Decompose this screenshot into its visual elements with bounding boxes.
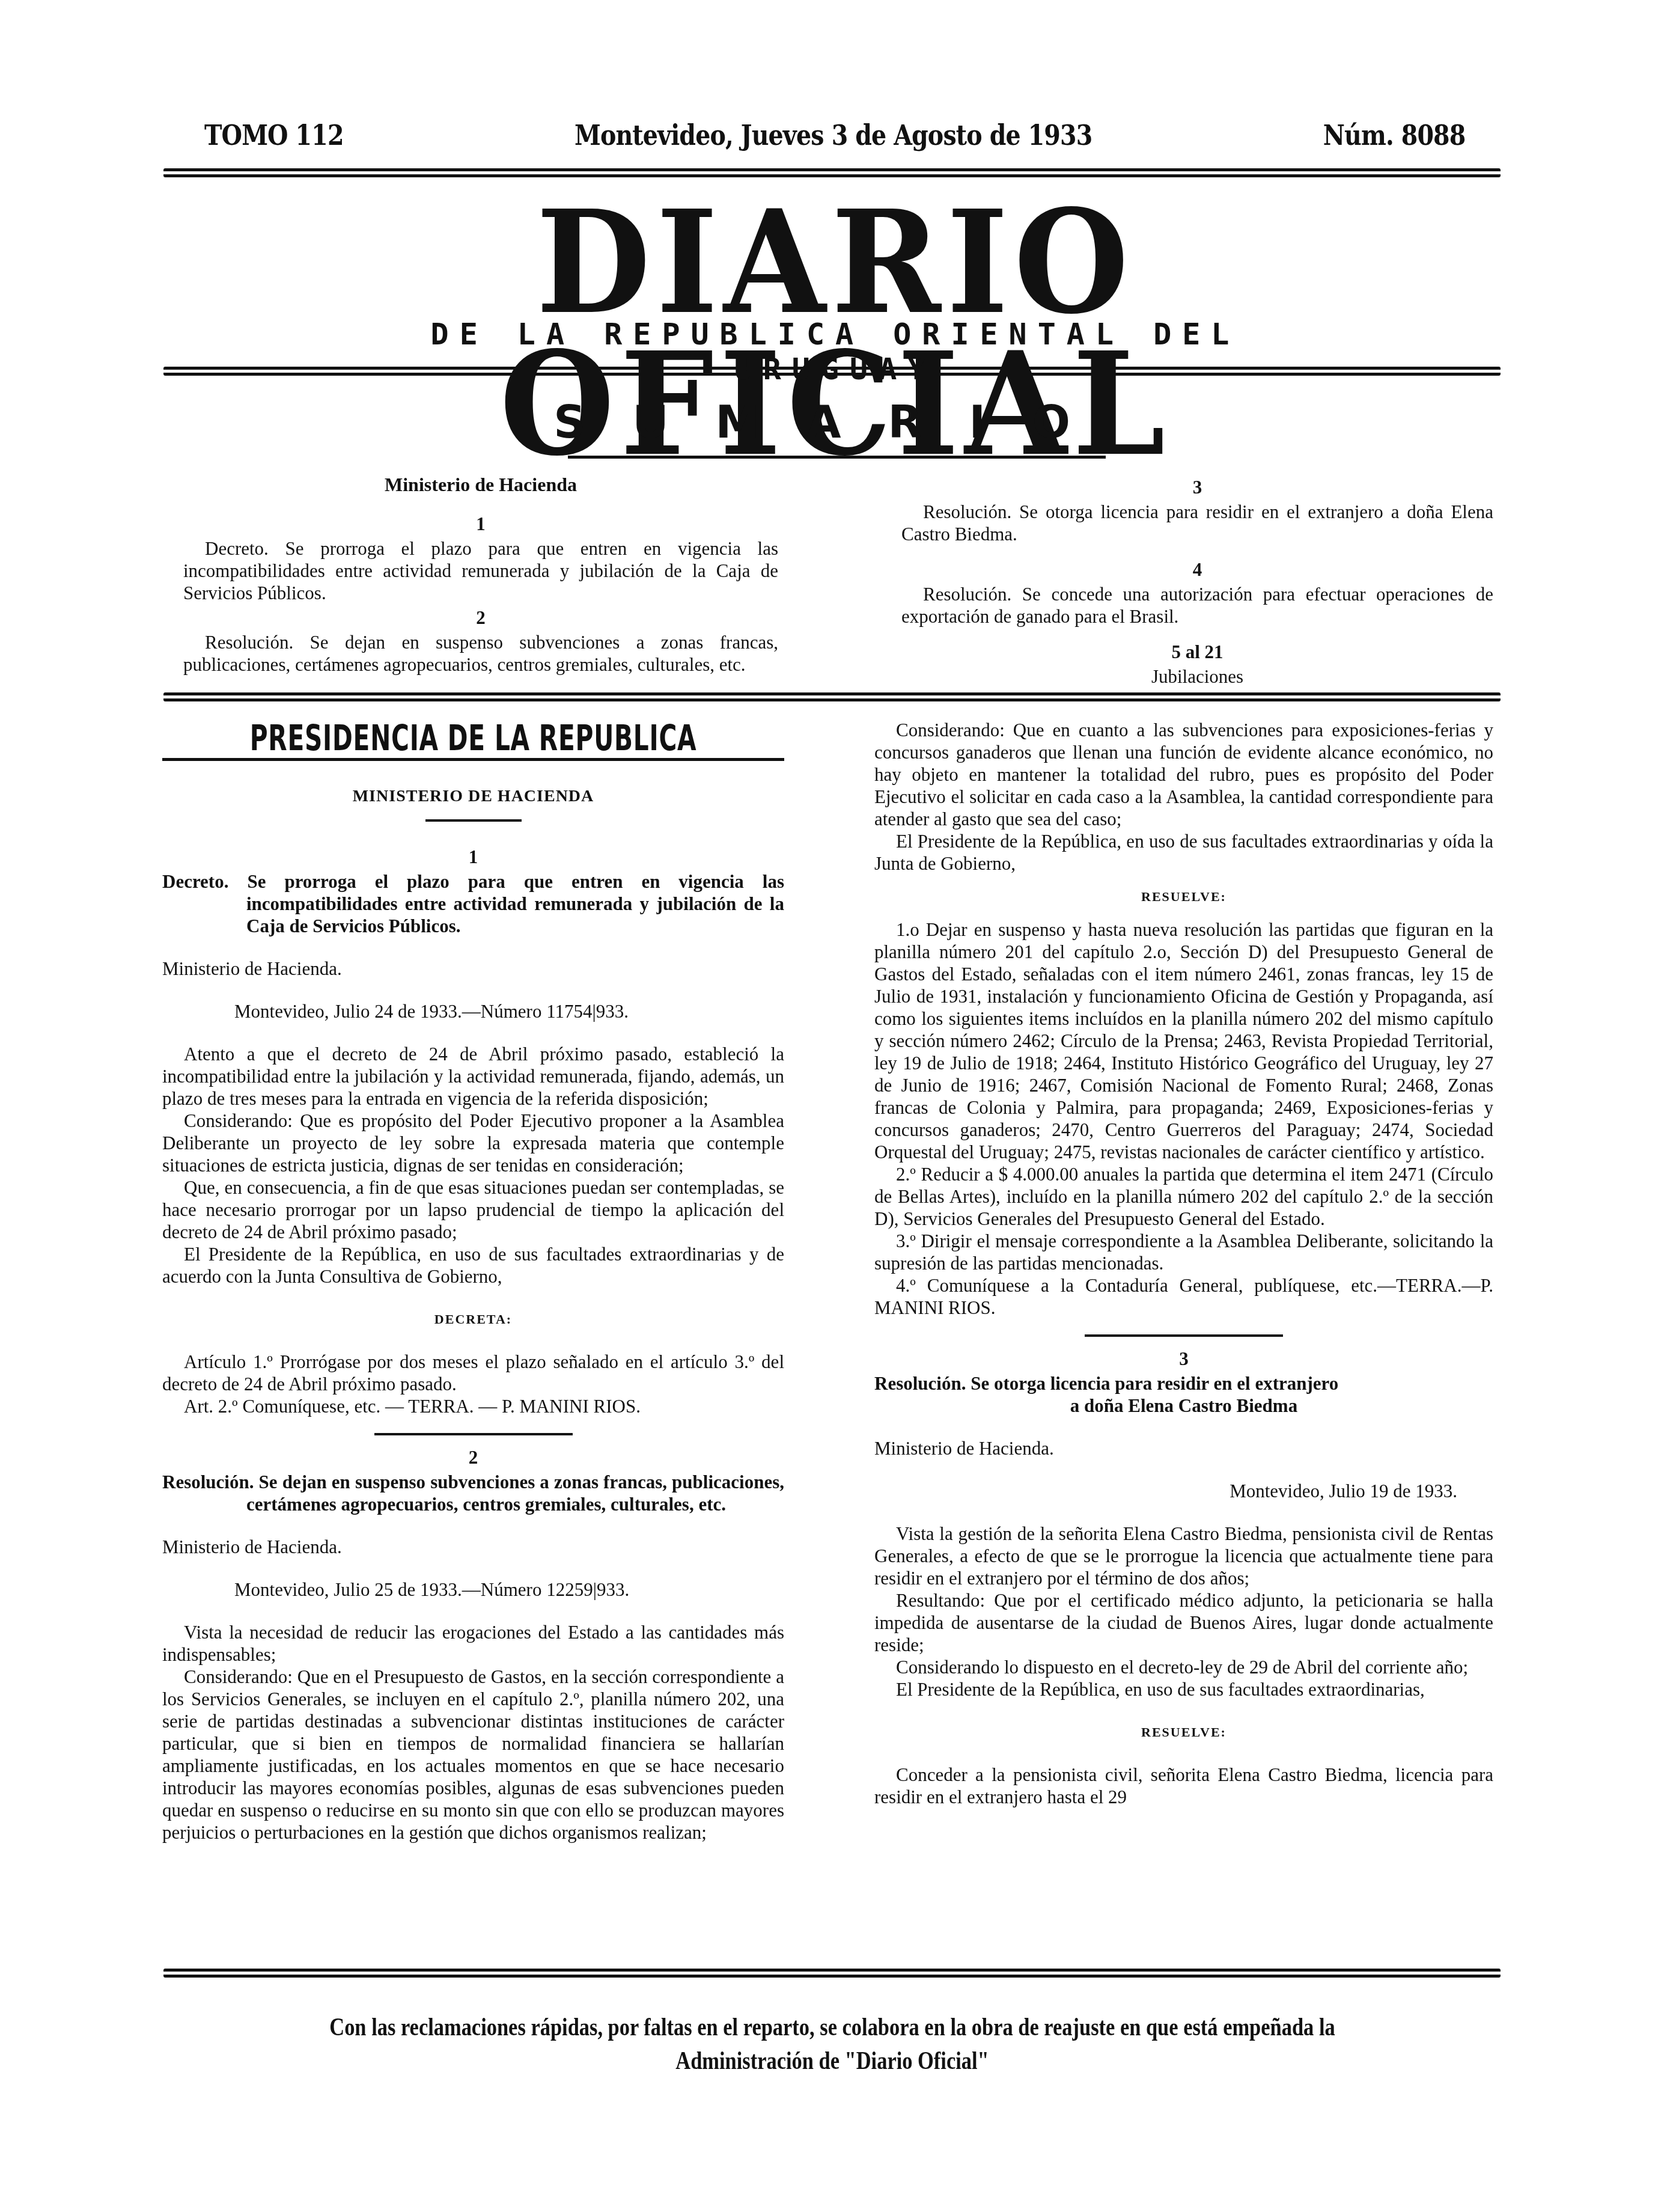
paragraph: Considerando: Que en el Presupuesto de G… (162, 1666, 784, 1844)
document-divider (374, 1433, 573, 1435)
document-divider (1085, 1334, 1283, 1337)
resolution-item: 1.o Dejar en suspenso y hasta nueva reso… (874, 918, 1493, 1163)
article: Art. 2.º Comuníquese, etc. — TERRA. — P.… (162, 1395, 784, 1417)
document-number: 2 (162, 1446, 784, 1468)
sumario-item-number: 1 (183, 513, 778, 535)
ministry-heading: MINISTERIO DE HACIENDA (162, 785, 784, 807)
page-bottom-rule (163, 1969, 1501, 1978)
paragraph: El Presidente de la República, en uso de… (874, 830, 1493, 875)
document-ministry: Ministerio de Hacienda. (874, 1437, 1493, 1459)
paragraph: Resultando: Que por el certificado médic… (874, 1589, 1493, 1656)
paragraph: Vista la gestión de la señorita Elena Ca… (874, 1523, 1493, 1589)
sumario-ministry: Ministerio de Hacienda (183, 474, 778, 496)
resolution-item: 4.º Comuníquese a la Contaduría General,… (874, 1274, 1493, 1319)
issue-dateline: Montevideo, Jueves 3 de Agosto de 1933 (574, 119, 1092, 151)
sumario-item-number: 2 (183, 606, 778, 629)
sumario-title-rule (568, 456, 1106, 459)
document-heading: Decreto. Se prorroga el plazo para que e… (162, 870, 784, 937)
paragraph: Que, en consecuencia, a fin de que esas … (162, 1176, 784, 1243)
sumario-item[interactable]: Resolución. Se otorga licencia para resi… (901, 501, 1493, 545)
document-date: Montevideo, Julio 24 de 1933.—Número 117… (162, 1000, 784, 1022)
issue-number: Núm. 8088 (1323, 119, 1466, 151)
masthead-rule-bottom (163, 367, 1501, 376)
decreta-label: DECRETA: (162, 1308, 784, 1330)
document-ministry: Ministerio de Hacienda. (162, 958, 784, 980)
volume-number: TOMO 112 (204, 119, 344, 151)
document-date: Montevideo, Julio 19 de 1933. (874, 1480, 1493, 1502)
sumario-item-number: 4 (901, 558, 1493, 581)
masthead-rule-top (163, 168, 1501, 177)
paragraph: El Presidente de la República, en uso de… (162, 1243, 784, 1288)
sumario-title: SUMARIO (541, 397, 1130, 448)
paragraph: Considerando: Que es propósito del Poder… (162, 1110, 784, 1176)
right-column: Considerando: Que en cuanto a las subven… (874, 719, 1493, 1808)
document-date: Montevideo, Julio 25 de 1933.—Número 122… (162, 1578, 784, 1601)
resuelve-label: RESUELVE: (874, 885, 1493, 908)
sumario-left: Ministerio de Hacienda 1 Decreto. Se pro… (183, 474, 778, 676)
document-number: 3 (874, 1348, 1493, 1370)
document-heading-cont: a doña Elena Castro Biedma (874, 1395, 1493, 1417)
footer-notice: Con las reclamaciones rápidas, por falta… (283, 2011, 1382, 2078)
sumario-item[interactable]: Resolución. Se dejan en suspenso subvenc… (183, 631, 778, 676)
sumario-item[interactable]: Decreto. Se prorroga el plazo para que e… (183, 537, 778, 604)
document-heading: Resolución. Se otorga licencia para resi… (874, 1372, 1493, 1395)
sumario-item-number: 5 al 21 (901, 641, 1493, 663)
sumario-rule-bottom (163, 692, 1501, 701)
paragraph: Considerando: Que en cuanto a las subven… (874, 719, 1493, 830)
sumario-item[interactable]: Resolución. Se concede una autorización … (901, 583, 1493, 628)
resolution-item: 2.º Reducir a $ 4.000.00 anuales la part… (874, 1163, 1493, 1230)
short-divider (425, 819, 522, 822)
document-number: 1 (162, 846, 784, 868)
paragraph: Considerando lo dispuesto en el decreto-… (874, 1656, 1493, 1678)
sumario-item-number: 3 (901, 476, 1493, 498)
masthead-top-line: TOMO 112 Montevideo, Jueves 3 de Agosto … (204, 114, 1465, 156)
resolution-item: Conceder a la pensionista civil, señorit… (874, 1764, 1493, 1808)
document-heading: Resolución. Se dejan en suspenso subvenc… (162, 1471, 784, 1515)
paragraph: El Presidente de la República, en uso de… (874, 1678, 1493, 1700)
article: Artículo 1.º Prorrógase por dos meses el… (162, 1351, 784, 1395)
paragraph: Vista la necesidad de reducir las erogac… (162, 1621, 784, 1666)
sumario-item[interactable]: Jubilaciones (901, 665, 1493, 688)
newspaper-subtitle: DE LA REPUBLICA ORIENTAL DEL URUGUAY (337, 317, 1334, 386)
left-column: PRESIDENCIA DE LA REPUBLICA MINISTERIO D… (162, 727, 784, 1844)
document-ministry: Ministerio de Hacienda. (162, 1536, 784, 1558)
resolution-item: 3.º Dirigir el mensaje correspondiente a… (874, 1230, 1493, 1274)
resuelve-label: RESUELVE: (874, 1721, 1493, 1743)
sumario-right: 3 Resolución. Se otorga licencia para re… (901, 474, 1493, 688)
paragraph: Atento a que el decreto de 24 de Abril p… (162, 1043, 784, 1110)
section-title: PRESIDENCIA DE LA REPUBLICA (231, 727, 716, 750)
